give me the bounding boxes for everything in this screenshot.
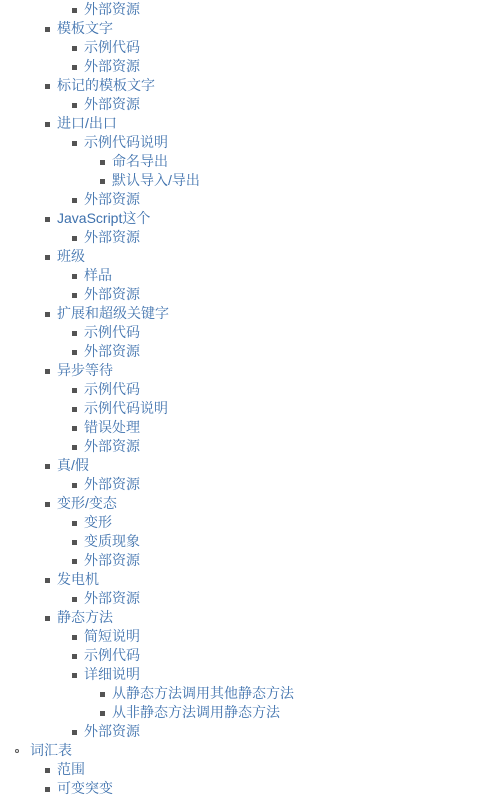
toc-link[interactable]: 进口/出口 [57, 115, 117, 131]
toc-item: 外部资源 [0, 0, 493, 19]
square-bullet-icon [45, 27, 50, 32]
square-bullet-icon [72, 426, 77, 431]
toc-link[interactable]: 外部资源 [84, 552, 140, 568]
square-bullet-icon [72, 236, 77, 241]
toc-item: 从非静态方法调用静态方法 [0, 703, 493, 722]
square-bullet-icon [100, 160, 105, 165]
square-bullet-icon [72, 103, 77, 108]
toc-item: 外部资源 [0, 551, 493, 570]
toc-item: 异步等待 [0, 361, 493, 380]
toc-item: 范围 [0, 760, 493, 779]
toc-item: 示例代码 [0, 646, 493, 665]
square-bullet-icon [72, 331, 77, 336]
toc-item: 词汇表 [0, 741, 493, 760]
toc-link[interactable]: 词汇表 [30, 742, 72, 758]
toc-item: 示例代码说明 [0, 399, 493, 418]
toc-link[interactable]: 真/假 [57, 457, 89, 473]
square-bullet-icon [72, 635, 77, 640]
square-bullet-icon [72, 407, 77, 412]
toc-link[interactable]: 示例代码 [84, 647, 140, 663]
square-bullet-icon [72, 654, 77, 659]
toc-item: 命名导出 [0, 152, 493, 171]
square-bullet-icon [72, 8, 77, 13]
toc-item: 进口/出口 [0, 114, 493, 133]
toc-item: 样品 [0, 266, 493, 285]
toc-link[interactable]: 示例代码说明 [84, 400, 168, 416]
toc-item: 外部资源 [0, 228, 493, 247]
toc-link[interactable]: 详细说明 [84, 666, 140, 682]
square-bullet-icon [45, 768, 50, 773]
table-of-contents: 外部资源模板文字示例代码外部资源标记的模板文字外部资源进口/出口示例代码说明命名… [0, 0, 493, 800]
toc-link[interactable]: 范围 [57, 761, 85, 777]
toc-item: 标记的模板文字 [0, 76, 493, 95]
toc-link[interactable]: 变形/变态 [57, 495, 117, 511]
square-bullet-icon [72, 597, 77, 602]
toc-link[interactable]: 外部资源 [84, 476, 140, 492]
square-bullet-icon [45, 578, 50, 583]
square-bullet-icon [72, 198, 77, 203]
toc-link[interactable]: 外部资源 [84, 438, 140, 454]
toc-link[interactable]: JavaScript这个 [57, 210, 150, 226]
square-bullet-icon [72, 293, 77, 298]
toc-link[interactable]: 变形 [84, 514, 112, 530]
toc-item: 外部资源 [0, 285, 493, 304]
square-bullet-icon [45, 464, 50, 469]
toc-item: 详细说明 [0, 665, 493, 684]
toc-link[interactable]: 外部资源 [84, 1, 140, 17]
square-bullet-icon [45, 502, 50, 507]
toc-link[interactable]: 外部资源 [84, 96, 140, 112]
toc-link[interactable]: 示例代码 [84, 381, 140, 397]
square-bullet-icon [45, 255, 50, 260]
toc-item: 发电机 [0, 570, 493, 589]
toc-item: 变质现象 [0, 532, 493, 551]
toc-item: 默认导入/导出 [0, 171, 493, 190]
toc-link[interactable]: 异步等待 [57, 362, 113, 378]
square-bullet-icon [100, 711, 105, 716]
circle-bullet-icon [15, 749, 19, 753]
toc-item: 外部资源 [0, 722, 493, 741]
square-bullet-icon [45, 84, 50, 89]
toc-link[interactable]: 从非静态方法调用静态方法 [112, 704, 280, 720]
toc-item: 示例代码 [0, 323, 493, 342]
toc-item: 示例代码 [0, 38, 493, 57]
square-bullet-icon [45, 312, 50, 317]
toc-link[interactable]: 外部资源 [84, 343, 140, 359]
toc-item: 外部资源 [0, 95, 493, 114]
square-bullet-icon [72, 350, 77, 355]
square-bullet-icon [72, 274, 77, 279]
toc-item: 班级 [0, 247, 493, 266]
square-bullet-icon [45, 787, 50, 792]
toc-link[interactable]: 外部资源 [84, 723, 140, 739]
square-bullet-icon [100, 692, 105, 697]
toc-link[interactable]: 变质现象 [84, 533, 140, 549]
toc-item: 外部资源 [0, 589, 493, 608]
square-bullet-icon [72, 521, 77, 526]
square-bullet-icon [72, 141, 77, 146]
toc-item: 外部资源 [0, 342, 493, 361]
toc-link[interactable]: 扩展和超级关键字 [57, 305, 169, 321]
square-bullet-icon [72, 65, 77, 70]
toc-item: 静态方法 [0, 608, 493, 627]
square-bullet-icon [45, 616, 50, 621]
square-bullet-icon [72, 673, 77, 678]
toc-item: 外部资源 [0, 437, 493, 456]
square-bullet-icon [100, 179, 105, 184]
toc-link[interactable]: 示例代码 [84, 324, 140, 340]
square-bullet-icon [72, 483, 77, 488]
square-bullet-icon [45, 122, 50, 127]
square-bullet-icon [72, 445, 77, 450]
toc-item: 外部资源 [0, 475, 493, 494]
toc-link[interactable]: 默认导入/导出 [112, 172, 200, 188]
toc-item: 变形/变态 [0, 494, 493, 513]
toc-link[interactable]: 班级 [57, 248, 85, 264]
square-bullet-icon [72, 388, 77, 393]
toc-link[interactable]: 外部资源 [84, 286, 140, 302]
toc-item: 示例代码 [0, 380, 493, 399]
toc-item: JavaScript这个 [0, 209, 493, 228]
toc-link[interactable]: 样品 [84, 267, 112, 283]
toc-link[interactable]: 外部资源 [84, 58, 140, 74]
toc-item: 扩展和超级关键字 [0, 304, 493, 323]
toc-link[interactable]: 外部资源 [84, 191, 140, 207]
toc-item: 真/假 [0, 456, 493, 475]
toc-link[interactable]: 模板文字 [57, 20, 113, 36]
toc-item: 错误处理 [0, 418, 493, 437]
toc-item: 变形 [0, 513, 493, 532]
toc-item: 可变突变 [0, 779, 493, 798]
toc-item: 外部资源 [0, 190, 493, 209]
toc-link[interactable]: 简短说明 [84, 628, 140, 644]
toc-link[interactable]: 命名导出 [112, 153, 168, 169]
toc-item: 从静态方法调用其他静态方法 [0, 684, 493, 703]
toc-link[interactable]: 可变突变 [57, 780, 113, 796]
square-bullet-icon [72, 540, 77, 545]
toc-link[interactable]: 静态方法 [57, 609, 113, 625]
toc-link[interactable]: 外部资源 [84, 590, 140, 606]
toc-link[interactable]: 错误处理 [84, 419, 140, 435]
square-bullet-icon [45, 369, 50, 374]
toc-link[interactable]: 从静态方法调用其他静态方法 [112, 685, 294, 701]
square-bullet-icon [72, 730, 77, 735]
toc-link[interactable]: 标记的模板文字 [57, 77, 155, 93]
toc-link[interactable]: 外部资源 [84, 229, 140, 245]
square-bullet-icon [72, 46, 77, 51]
toc-item: 简短说明 [0, 627, 493, 646]
toc-link[interactable]: 发电机 [57, 571, 99, 587]
square-bullet-icon [45, 217, 50, 222]
toc-link[interactable]: 示例代码说明 [84, 134, 168, 150]
square-bullet-icon [72, 559, 77, 564]
toc-link[interactable]: 示例代码 [84, 39, 140, 55]
toc-item: 示例代码说明 [0, 133, 493, 152]
toc-item: 外部资源 [0, 57, 493, 76]
toc-item: 模板文字 [0, 19, 493, 38]
